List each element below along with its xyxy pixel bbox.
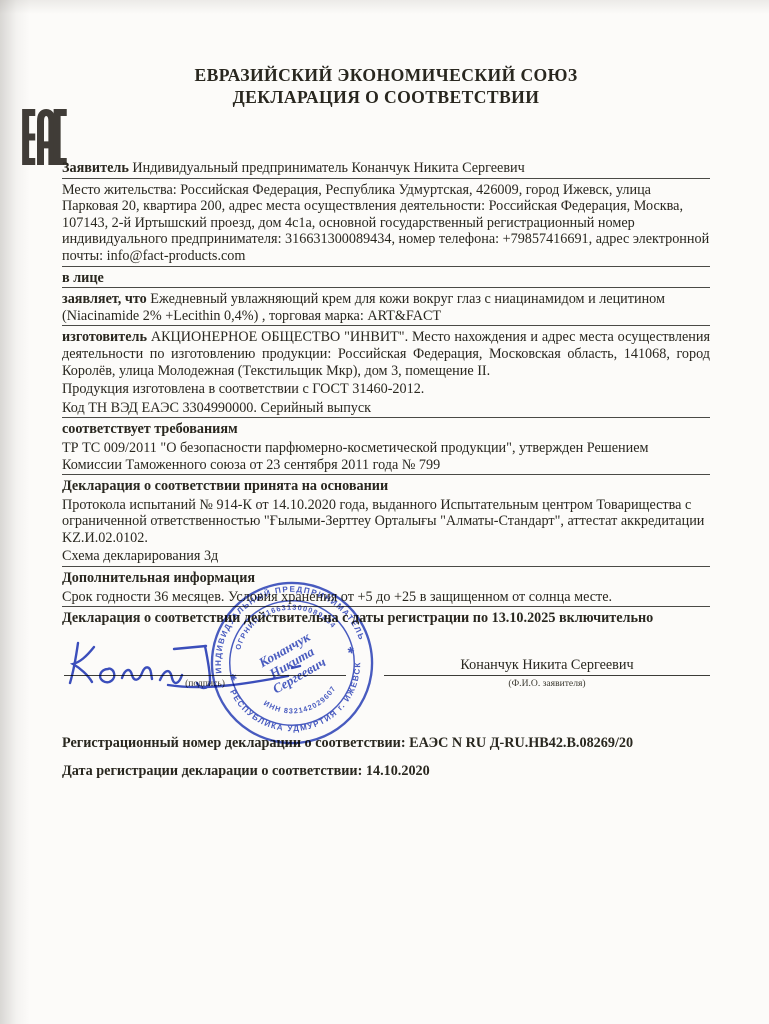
title-line-2: ДЕКЛАРАЦИЯ О СООТВЕТСТВИИ	[62, 86, 710, 108]
registration-date-line: Дата регистрации декларации о соответств…	[62, 763, 710, 780]
gost-line: Продукция изготовлена в соответствии с Г…	[62, 381, 710, 398]
in-person-label: в лице	[62, 270, 104, 286]
in-person-line: в лице	[62, 270, 710, 289]
manufacturer-paragraph: изготовитель АКЦИОНЕРНОЕ ОБЩЕСТВО "ИНВИТ…	[62, 329, 710, 379]
fio-line	[384, 675, 710, 676]
additional-label: Дополнительная информация	[62, 570, 255, 586]
additional-label-line: Дополнительная информация	[62, 570, 710, 587]
fio-value: Конанчук Никита Сергеевич	[384, 657, 710, 674]
stamp-star-right: ✱	[346, 645, 355, 656]
additional-paragraph: Срок годности 36 месяцев. Условия хранен…	[62, 589, 710, 608]
fio-caption: (Ф.И.О. заявителя)	[384, 678, 710, 689]
applicant-label: Заявитель	[62, 160, 129, 176]
manufacturer-label: изготовитель	[62, 329, 147, 345]
signature-block: (подпись) Конанчук Никита Сергеевич (Ф.И…	[62, 631, 710, 725]
declares-value: Ежедневный увлажняющий крем для кожи вок…	[62, 291, 665, 324]
tnved-line: Код ТН ВЭД ЕАЭС 3304990000. Серийный вып…	[62, 400, 710, 419]
document-title: ЕВРАЗИЙСКИЙ ЭКОНОМИЧЕСКИЙ СОЮЗ ДЕКЛАРАЦИ…	[62, 64, 710, 108]
stamp-star-left: ✱	[229, 672, 238, 683]
manufacturer-value: АКЦИОНЕРНОЕ ОБЩЕСТВО "ИНВИТ". Место нахо…	[62, 329, 710, 378]
residence-paragraph: Место жительства: Российская Федерация, …	[62, 182, 710, 267]
declares-label: заявляет, что	[62, 291, 147, 307]
applicant-line: Заявитель Индивидуальный предприниматель…	[62, 160, 710, 179]
basis-label-line: Декларация о соответствии принята на осн…	[62, 478, 710, 495]
complies-paragraph: ТР ТС 009/2011 "О безопасности парфюмерн…	[62, 440, 710, 475]
basis-paragraph: Протокола испытаний № 914-К от 14.10.202…	[62, 497, 710, 547]
complies-label-line: соответствует требованиям	[62, 421, 710, 438]
complies-label: соответствует требованиям	[62, 421, 238, 437]
title-line-1: ЕВРАЗИЙСКИЙ ЭКОНОМИЧЕСКИЙ СОЮЗ	[62, 64, 710, 86]
scheme-line: Схема декларирования 3д	[62, 548, 710, 567]
basis-label: Декларация о соответствии принята на осн…	[62, 478, 388, 494]
declares-paragraph: заявляет, что Ежедневный увлажняющий кре…	[62, 291, 710, 326]
registration-number-line: Регистрационный номер декларации о соотв…	[62, 735, 710, 752]
stamp-center-name: Конанчук Никита Сергеевич	[255, 628, 328, 696]
validity-line: Декларация о соответствии действительна …	[62, 610, 710, 627]
scanned-declaration-page: ЕВРАЗИЙСКИЙ ЭКОНОМИЧЕСКИЙ СОЮЗ ДЕКЛАРАЦИ…	[0, 0, 769, 1024]
applicant-value: Индивидуальный предприниматель Конанчук …	[132, 160, 524, 176]
